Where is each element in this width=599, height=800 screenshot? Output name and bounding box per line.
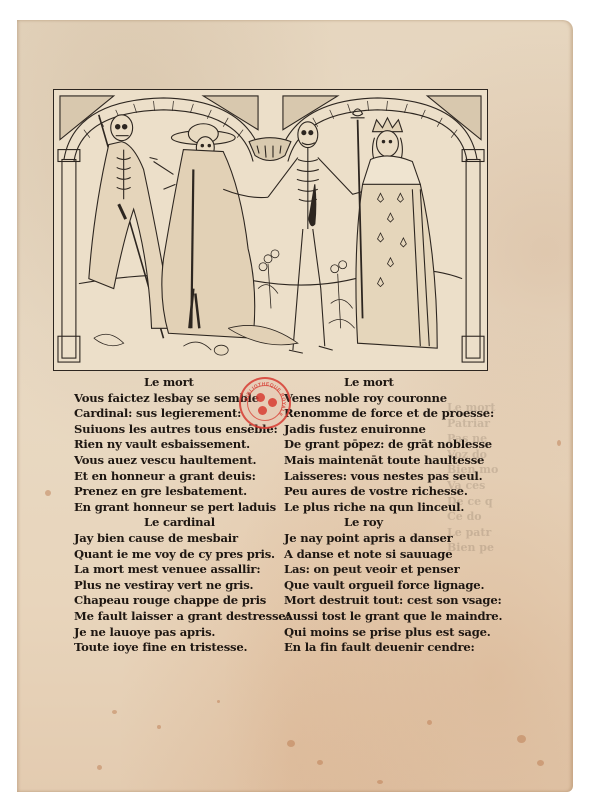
verse-line: Vous auez vescu haultement. [74,453,284,469]
verse-line: Aussi tost le grant que le maindre. [284,609,504,625]
foxing-spot [427,720,432,725]
speaker-heading: Le cardinal [74,515,284,531]
verse-line: Toute ioye fine en tristesse. [74,640,284,656]
text-column-right: Le mort Venes noble roy couronne Renomme… [284,375,504,656]
foxing-spot [157,725,161,729]
danse-macabre-woodcut-icon [54,90,487,370]
verse-line: La mort mest venuee assallir: [74,562,284,578]
verse-line: En la fin fault deuenir cendre: [284,640,504,656]
foxing-spot [97,765,102,770]
library-stamp: BIBLIOTHEQUE ROYALE [239,377,291,429]
foxing-spot [377,780,383,784]
verse-line: Chapeau rouge chappe de pris [74,593,284,609]
verse-line: Quant ie me voy de cy pres pris. [74,547,284,563]
speaker-heading: Le mort [284,375,504,391]
manuscript-page: Le mort Patriar Pas ne Voz do Bien mo Va… [17,20,573,792]
verse-line: Je nay point apris a danser [284,531,504,547]
verse-line: Prenez en gre lesbatement. [74,484,284,500]
verse-line: Renomme de force et de proesse: [284,406,504,422]
foxing-spot [217,700,220,703]
foxing-spot [317,760,323,765]
verse-line: Mais maintenāt toute haultesse [284,453,504,469]
speaker-heading: Le roy [284,515,504,531]
verse-line: Las: on peut veoir et penser [284,562,504,578]
verse-line: Et en honneur a grant deuis: [74,469,284,485]
verse-line: Je ne lauoye pas apris. [74,625,284,641]
foxing-spot [537,760,544,766]
verse-line: A danse et note si sauuage [284,547,504,563]
foxing-spot [45,490,51,496]
foxing-spot [517,735,526,743]
verse-line: En grant honneur se pert laduis [74,500,284,516]
foxing-spot [287,740,295,747]
verse-line: Qui moins se prise plus est sage. [284,625,504,641]
verse-line: Le plus riche na qun linceul. [284,500,504,516]
verse-line: Jay bien cause de mesbair [74,531,284,547]
stamp-fleur-icon [256,393,265,402]
verse-line: Peu aures de vostre richesse. [284,484,504,500]
stamp-fleur-icon [268,398,277,407]
verse-line: De grant pōpez: de grāt noblesse [284,437,504,453]
foxing-spot [557,440,561,446]
verse-line: Venes noble roy couronne [284,391,504,407]
verse-line: Jadis fustez enuironne [284,422,504,438]
foxing-spot [112,710,117,714]
verse-line: Plus ne vestiray vert ne gris. [74,578,284,594]
stamp-fleur-icon [258,406,267,415]
stamp-ring-text-icon: BIBLIOTHEQUE ROYALE [241,379,289,427]
verse-line: Que vault orgueil force lignage. [284,578,504,594]
verse-line: Laisseres: vous nestes pas seul. [284,469,504,485]
verse-line: Rien ny vault esbaissement. [74,437,284,453]
woodcut-illustration [53,89,488,371]
verse-line: Me fault laisser a grant destresse: [74,609,284,625]
verse-line: Mort destruit tout: cest son vsage: [284,593,504,609]
